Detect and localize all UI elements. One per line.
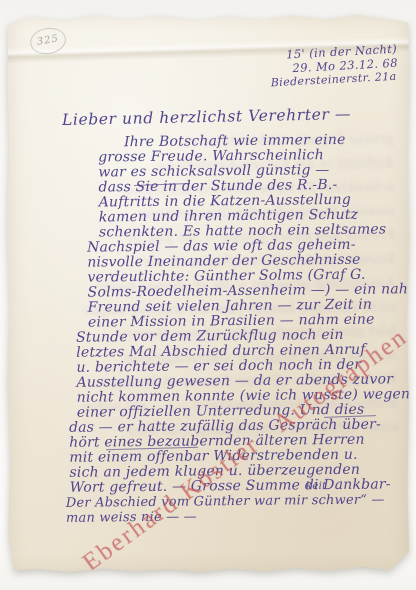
paper-shadow-wrap: grosse Freude. Wahrscheinlich Auftritts … bbox=[0, 0, 416, 590]
body-line: man weiss nie — — bbox=[66, 507, 410, 526]
scan-background: grosse Freude. Wahrscheinlich Auftritts … bbox=[0, 0, 416, 590]
salutation-line: Lieber und herzlichst Verehrter — bbox=[62, 105, 351, 129]
letter-paper: grosse Freude. Wahrscheinlich Auftritts … bbox=[6, 12, 410, 574]
header-date-block: 15' (in der Nacht) 29. Mo 23.12. 68 Bied… bbox=[269, 43, 399, 90]
dankbarkeit-suffix-superscript: keit bbox=[306, 481, 326, 492]
